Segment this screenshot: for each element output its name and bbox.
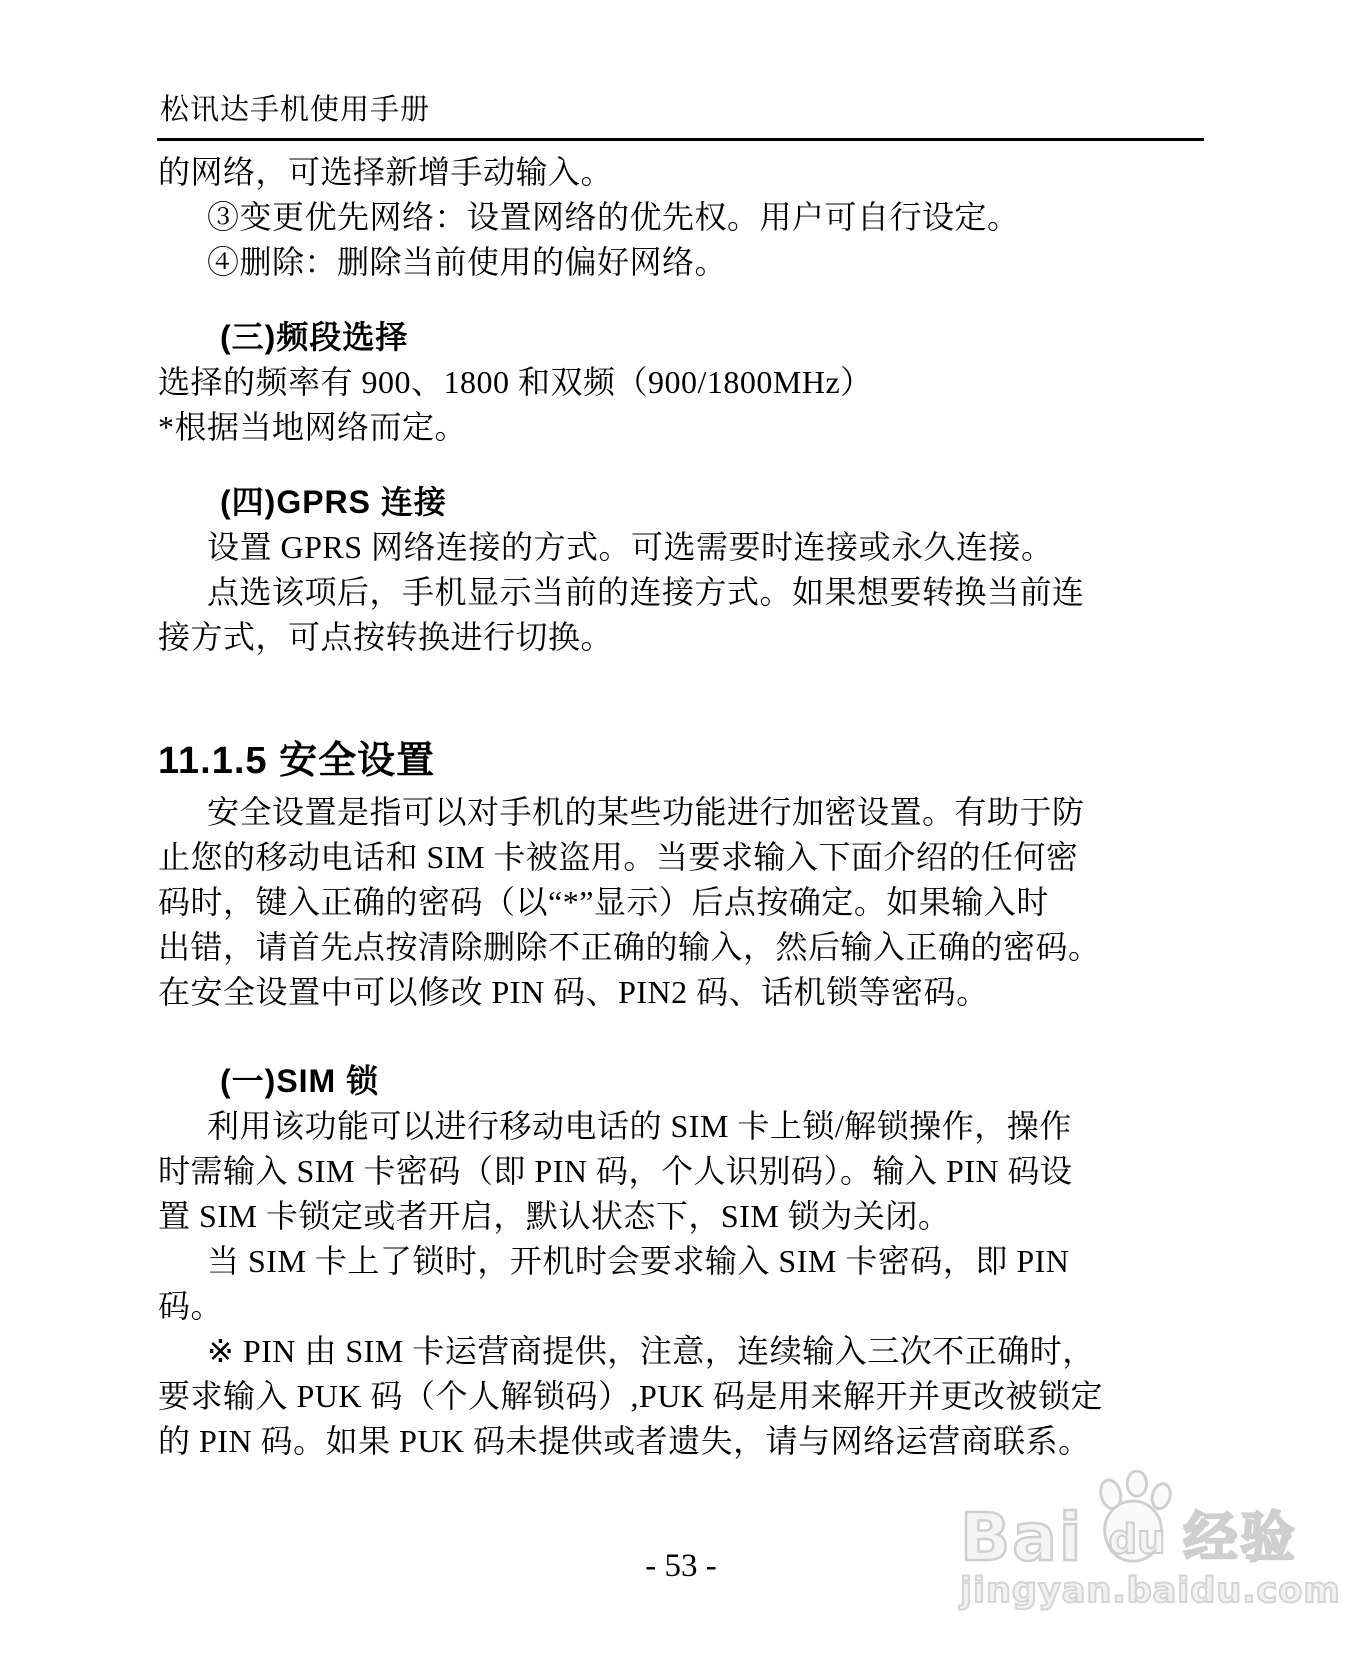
subsection-heading: (三)频段选择	[158, 315, 1168, 360]
text-line: 在安全设置中可以修改 PIN 码、PIN2 码、话机锁等密码。	[158, 970, 1168, 1015]
baidu-watermark: Bai du 经验 jingyan.baidu.com	[960, 1470, 1300, 1610]
paragraph-gap	[158, 450, 1168, 480]
text-line: 接方式，可点按转换进行切换。	[158, 615, 1168, 660]
text-line: *根据当地网络而定。	[158, 405, 1168, 450]
text-line: 的网络，可选择新增手动输入。	[158, 150, 1168, 195]
text-line: 码。	[158, 1284, 1168, 1329]
paragraph-gap	[158, 660, 1168, 732]
text-line: ④删除：删除当前使用的偏好网络。	[158, 240, 1168, 285]
baidu-watermark-bai-text: Bai	[960, 1509, 1083, 1567]
page-body-text: 的网络，可选择新增手动输入。③变更优先网络：设置网络的优先权。用户可自行设定。④…	[158, 150, 1168, 1464]
text-line: 安全设置是指可以对手机的某些功能进行加密设置。有助于防	[158, 790, 1168, 835]
text-line: 点选该项后，手机显示当前的连接方式。如果想要转换当前连	[158, 570, 1168, 615]
baidu-paw-icon: du	[1084, 1470, 1182, 1567]
text-line: 设置 GPRS 网络连接的方式。可选需要时连接或永久连接。	[158, 525, 1168, 570]
text-line: ※ PIN 由 SIM 卡运营商提供，注意，连续输入三次不正确时，	[158, 1329, 1168, 1374]
text-line: 时需输入 SIM 卡密码（即 PIN 码，个人识别码）。输入 PIN 码设	[158, 1149, 1168, 1194]
baidu-watermark-jingyan-text: 经验	[1183, 1509, 1297, 1567]
header-rule	[157, 138, 1204, 141]
baidu-watermark-url: jingyan.baidu.com	[960, 1572, 1300, 1610]
paragraph-gap	[158, 285, 1168, 315]
text-line: 要求输入 PUK 码（个人解锁码）,PUK 码是用来解开并更改被锁定	[158, 1374, 1168, 1419]
text-line: 码时，键入正确的密码（以“*”显示）后点按确定。如果输入时	[158, 880, 1168, 925]
manual-page: 松讯达手机使用手册 的网络，可选择新增手动输入。③变更优先网络：设置网络的优先权…	[0, 0, 1360, 1667]
text-line: 置 SIM 卡锁定或者开启，默认状态下，SIM 锁为关闭。	[158, 1194, 1168, 1239]
text-line: 止您的移动电话和 SIM 卡被盗用。当要求输入下面介绍的任何密	[158, 835, 1168, 880]
text-line: ③变更优先网络：设置网络的优先权。用户可自行设定。	[158, 195, 1168, 240]
section-heading: 11.1.5 安全设置	[158, 732, 1168, 790]
baidu-watermark-logo-row: Bai du 经验	[960, 1470, 1300, 1567]
text-line: 的 PIN 码。如果 PUK 码未提供或者遗失，请与网络运营商联系。	[158, 1419, 1168, 1464]
running-header: 松讯达手机使用手册	[160, 92, 430, 128]
baidu-watermark-du-text: du	[1108, 1517, 1165, 1563]
text-line: 选择的频率有 900、1800 和双频（900/1800MHz）	[158, 360, 1168, 405]
paragraph-gap	[158, 1015, 1168, 1059]
text-line: 当 SIM 卡上了锁时，开机时会要求输入 SIM 卡密码，即 PIN	[158, 1239, 1168, 1284]
subsection-heading: (一)SIM 锁	[158, 1059, 1168, 1104]
text-line: 利用该功能可以进行移动电话的 SIM 卡上锁/解锁操作，操作	[158, 1104, 1168, 1149]
text-line: 出错，请首先点按清除删除不正确的输入，然后输入正确的密码。	[158, 925, 1168, 970]
subsection-heading: (四)GPRS 连接	[158, 480, 1168, 525]
